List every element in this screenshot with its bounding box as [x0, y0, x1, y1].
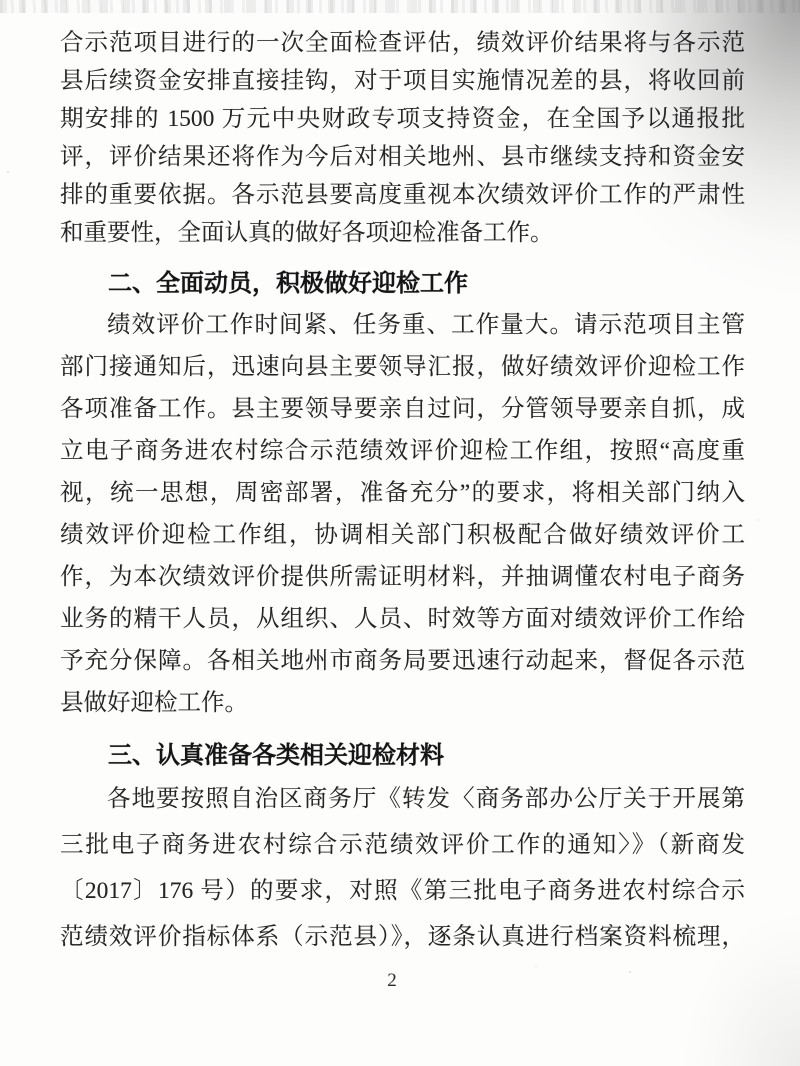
- page-number: 2: [0, 968, 792, 994]
- body-line: 绩效评价工作时间紧、任务重、工作量大。请示范项目主管: [60, 304, 745, 346]
- body-line: 合示范项目进行的一次全面检查评估，绩效评价结果将与各示范: [60, 24, 745, 62]
- section-heading-3: 三、认真准备各类相关迎检材料: [60, 736, 745, 776]
- body-line: 三批电子商务进农村综合示范绩效评价工作的通知〉》（新商发: [60, 822, 745, 868]
- body-line: 和重要性，全面认真的做好各项迎检准备工作。: [60, 214, 745, 252]
- body-line: 业务的精干人员，从组织、人员、时效等方面对绩效评价工作给: [60, 598, 745, 640]
- body-line: 绩效评价迎检工作组，协调相关部门积极配合做好绩效评价工: [60, 514, 745, 556]
- section-heading-2: 二、全面动员，积极做好迎检工作: [60, 264, 745, 304]
- body-line: 评，评价结果还将作为今后对相关地州、县市继续支持和资金安: [60, 138, 745, 176]
- body-line: 作，为本次绩效评价提供所需证明材料，并抽调懂农村电子商务: [60, 556, 745, 598]
- body-line: 〔2017〕176 号）的要求，对照《第三批电子商务进农村综合示: [60, 868, 745, 914]
- body-line: 县做好迎检工作。: [60, 682, 745, 724]
- document-body: 合示范项目进行的一次全面检查评估，绩效评价结果将与各示范 县后续资金安排直接挂钩…: [0, 0, 800, 960]
- scanned-document-page: 合示范项目进行的一次全面检查评估，绩效评价结果将与各示范 县后续资金安排直接挂钩…: [0, 0, 800, 1066]
- body-line: 范绩效评价指标体系（示范县）》，逐条认真进行档案资料梳理，: [60, 914, 745, 960]
- body-line: 县后续资金安排直接挂钩，对于项目实施情况差的县，将收回前: [60, 62, 745, 100]
- body-line: 各地要按照自治区商务厅《转发〈商务部办公厅关于开展第: [60, 776, 745, 822]
- body-line: 立电子商务进农村综合示范绩效评价迎检工作组，按照“高度重: [60, 430, 745, 472]
- body-line: 部门接通知后，迅速向县主要领导汇报，做好绩效评价迎检工作: [60, 346, 745, 388]
- body-line: 各项准备工作。县主要领导要亲自过问，分管领导要亲自抓，成: [60, 388, 745, 430]
- body-line: 予充分保障。各相关地州市商务局要迅速行动起来，督促各示范: [60, 640, 745, 682]
- body-line: 排的重要依据。各示范县要高度重视本次绩效评价工作的严肃性: [60, 176, 745, 214]
- body-line: 视，统一思想，周密部署，准备充分”的要求，将相关部门纳入: [60, 472, 745, 514]
- body-line: 期安排的 1500 万元中央财政专项支持资金，在全国予以通报批: [60, 100, 745, 138]
